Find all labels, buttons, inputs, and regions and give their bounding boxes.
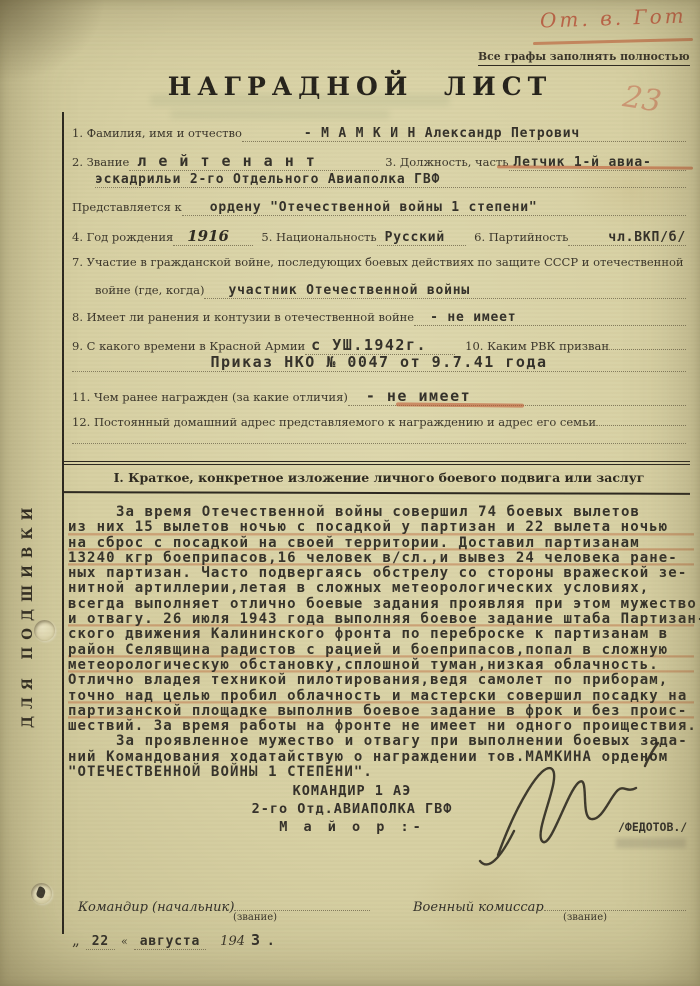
field-12-label: 12. Постоянный домашний адрес представля… [72,415,596,429]
citation-line: партизанской площадке выполнив боевое за… [68,704,694,719]
field-8-label: 8. Имеет ли ранения и контузии в отечест… [72,310,414,324]
commander-line-2: 2-го Отд.АВИАПОЛКА ГВФ [222,800,482,818]
citation-line: нитной артиллерии,летая в сложных метеор… [68,581,694,596]
section-divider [64,491,690,495]
field-10-value: Приказ НКО № 0047 от 9.7.41 года [211,353,548,371]
citation-line: на сброс с посадкой на своей территории.… [68,536,694,551]
citation-line: точно над целью пробил облачность и маст… [68,689,694,704]
field-3-row-2: эскадрильи 2-го Отдельного Авиаполка ГВФ [95,172,686,188]
field-6-label: 6. Партийность [474,230,568,244]
field-6-line: чл.ВКП/б/ [568,230,686,246]
commander-line-3: М а й о р :- [222,818,482,836]
margin-rule [62,112,64,934]
hole-punch [34,620,55,641]
citation-line: ского движения Калининского фронта по пе… [68,627,694,642]
citation-line: ных партизан. Часто подвергаясь обстрелу… [68,566,694,581]
field-7-label-2: войне (где, когда) [95,283,204,297]
field-9-label: 9. С какого времени в Красной Армии [72,339,305,353]
rank-hint: (звание) [195,912,315,923]
page-title: НАГРАДНОЙ ЛИСТ [150,72,570,101]
presented-value: ордену "Отечественной войны 1 степени" [210,200,538,215]
date-period: . [267,934,276,949]
field-1-value: - М А М К И Н Александр Петрович [304,126,580,141]
citation-line: и отвагу. 26 июля 1943 года выполняя бое… [68,612,694,627]
presented-row: Представляется к ордену "Отечественной в… [72,200,686,216]
field-2-value: л е й т е н а н т [137,152,316,170]
footer-commander-line [234,894,370,911]
rank-hint: (звание) [525,912,645,923]
field-12-line [596,425,686,426]
bleedthrough-smudge [170,110,390,119]
field-8-row: 8. Имеет ли ранения и контузии в отечест… [72,310,686,326]
field-1-line: - М А М К И Н Александр Петрович [242,126,686,142]
filing-margin-text: ДЛЯ ПОДШИВКИ [20,378,36,728]
date-month: августа [134,934,206,950]
field-4-label: 4. Год рождения [72,230,173,244]
footer-commissar-line [544,894,686,911]
field-5-value: Русский [385,230,445,245]
date-row: „ 22 « августа 194 3 . [72,931,275,950]
commander-line-1: КОМАНДИР 1 АЭ [222,782,482,800]
field-8-line: - не имеет [414,310,686,326]
hole-punch [31,883,52,904]
field-7-row-2: войне (где, когда) участник Отечественно… [95,283,686,299]
field-2-label: 2. Звание [72,155,129,169]
citation-line: из них 15 вылетов ночью с посадкой у пар… [68,520,694,535]
award-sheet-document: От. в. Гот Все графы заполнять полностью… [0,0,700,986]
field-8-value: - не имеет [430,310,516,325]
section-divider [64,464,690,465]
field-10-label: 10. Каким РВК призван [465,339,609,353]
field-6-value: чл.ВКП/б/ [608,230,686,245]
citation-line: За время Отечественной войны совершил 74… [68,505,694,520]
presented-label: Представляется к [72,200,182,214]
presented-line: ордену "Отечественной войны 1 степени" [182,200,686,216]
field-5-line: Русский [377,230,466,246]
field-3-line-2: эскадрильи 2-го Отдельного Авиаполка ГВФ [95,172,686,188]
field-3-label: 3. Должность, часть [385,155,508,169]
section-divider [64,461,690,462]
commander-block: КОМАНДИР 1 АЭ 2-го Отд.АВИАПОЛКА ГВФ М а… [222,782,482,836]
handwritten-page-number: 23 [620,79,663,120]
form-dotted-line [72,443,686,444]
corner-shadow [0,0,180,140]
citation-line: метеорологическую обстановку,сплошной ту… [68,658,694,673]
field-1-row: 1. Фамилия, имя и отчество - М А М К И Н… [72,126,686,142]
citation-line: 13240 кгр боеприпасов,16 человек в/сл.,и… [68,551,694,566]
date-year-digit: 3 [251,931,261,949]
field-5-label: 5. Национальность [261,230,376,244]
field-11-row: 11. Чем ранее награжден (за какие отличи… [72,387,686,406]
date-year-printed: 194 [220,934,245,949]
field-1-label: 1. Фамилия, имя и отчество [72,126,242,140]
field-7-value: участник Отечественной войны [228,283,470,298]
handwritten-note: От. в. Гот [540,3,687,32]
ink-smudge [616,838,686,848]
date-day: 22 [86,934,115,950]
form-dotted-line [72,371,686,372]
section-1-heading: I. Краткое, конкретное изложение личного… [72,470,686,485]
field-7-label: 7. Участие в гражданской войне, последую… [72,255,684,269]
field-7-line: участник Отечественной войны [204,283,686,299]
field-4-value: 1916 [187,227,229,245]
red-underline [396,402,524,407]
field-11-label: 11. Чем ранее награжден (за какие отличи… [72,390,348,404]
field-4-line: 1916 [173,227,253,246]
citation-line: Отлично владея техникой пилотирования,ве… [68,673,694,688]
field-7-row: 7. Участие в гражданской войне, последую… [72,255,686,269]
field-10-value-row: Приказ НКО № 0047 от 9.7.41 года [72,352,686,371]
field-3-value-2: эскадрильи 2-го Отдельного Авиаполка ГВФ [95,172,440,187]
date-close-quote: « [121,935,128,948]
citation-line: всегда выполняет отлично боевые задания … [68,597,694,612]
fill-instruction: Все графы заполнять полностью [478,50,690,66]
field-2-line: л е й т е н а н т [129,152,379,171]
field-10-line [609,349,686,350]
ink-mark [35,886,46,899]
signature-name: /ФЕДОТОВ./ [618,820,687,834]
handwritten-signature [462,733,680,871]
date-open-quote: „ [72,931,80,949]
citation-line: район Селявщина радистов с рацией и боеп… [68,643,694,658]
red-underline [533,38,693,45]
field-4-5-6-row: 4. Год рождения 1916 5. Национальность Р… [72,227,686,246]
field-12-row: 12. Постоянный домашний адрес представля… [72,415,686,429]
